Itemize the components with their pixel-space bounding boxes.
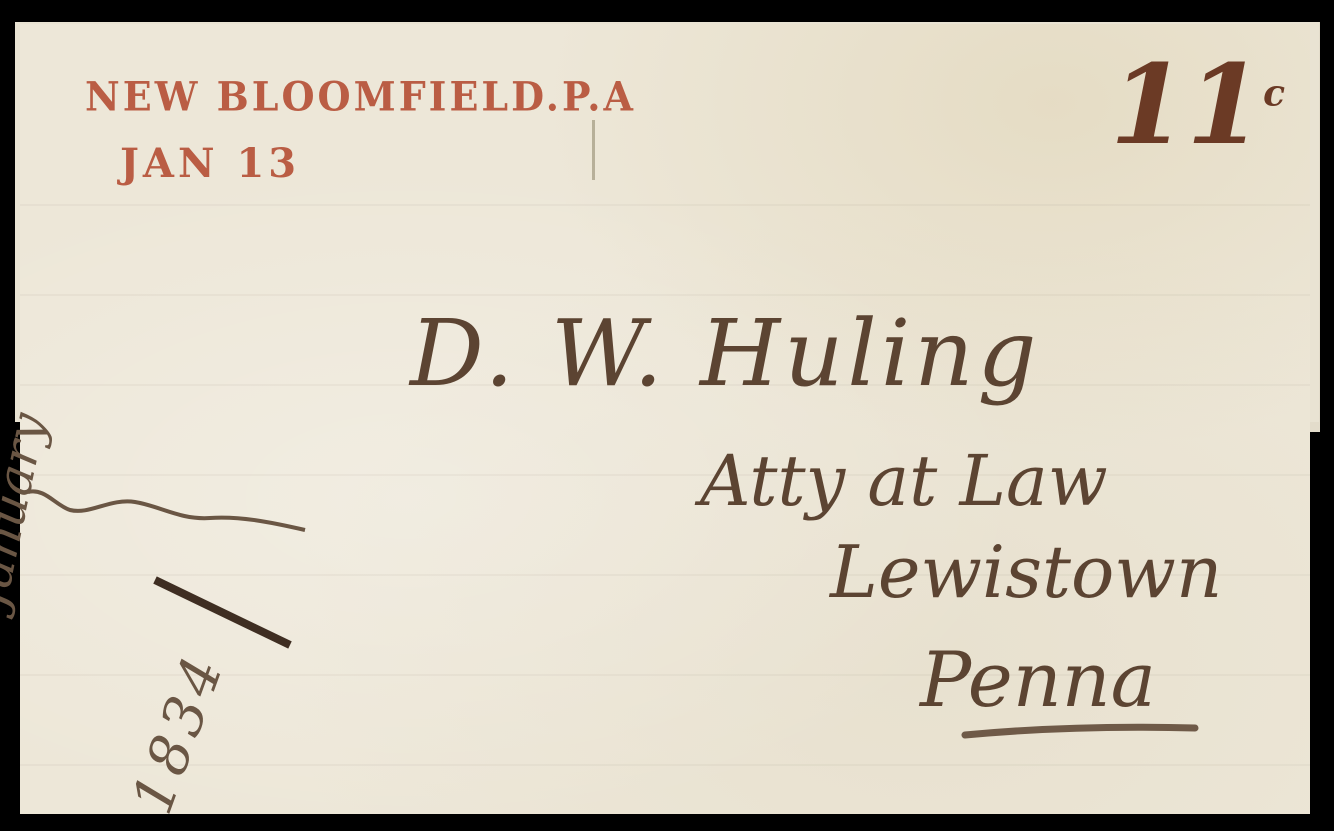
- ink-flourishes: [0, 0, 1334, 831]
- docket-wavy-line: [28, 491, 305, 530]
- docket-strike-mark: [155, 580, 290, 645]
- address-underline: [965, 727, 1195, 735]
